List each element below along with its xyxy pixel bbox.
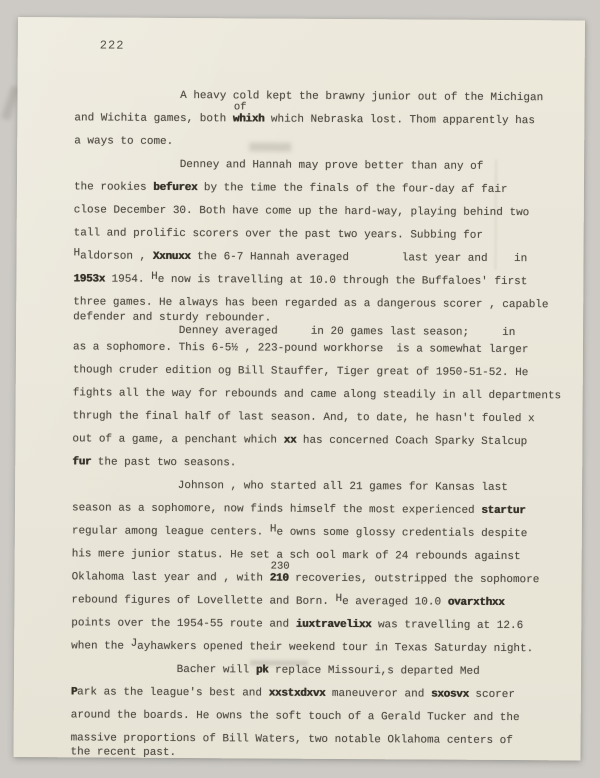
typed-text: ark as the league's best and [77, 686, 269, 699]
overstruck-text: ovarxthxx [448, 597, 505, 609]
typed-text: recoveries, outstripped the sophomore [288, 573, 539, 587]
overstruck-text: befurex [153, 182, 197, 194]
typed-text: e owns some glossy credentials despite [276, 527, 527, 541]
typed-text: around the boards. He owns the soft touc… [71, 709, 520, 724]
typed-text: A heavy cold kept the brawny junior out … [74, 89, 543, 104]
text-body: A heavy cold kept the brawny junior out … [70, 84, 566, 767]
raised-character: H [335, 593, 342, 605]
text-line: A heavy cold kept the brawny junior out … [74, 84, 566, 110]
page-content: 222 A heavy cold kept the brawny junior … [70, 37, 566, 767]
text-line: season as a sophomore, now finds himself… [72, 497, 564, 523]
typed-text: maneuveror and [325, 688, 431, 701]
typed-text: scorer [469, 689, 515, 701]
text-line: fur the past two seasons. [72, 451, 564, 477]
typed-text: as a sophomore. This 6-5½ , 223-pound wo… [73, 341, 529, 356]
text-line: a ways to come. [74, 130, 566, 156]
typed-text: which Nebraska lost. Thom apparently has [264, 114, 535, 128]
typed-text: out of a game, a penchant which [72, 433, 283, 446]
text-line: Oklahoma last year and , with 230210 rec… [72, 566, 564, 592]
overstruck-text: xxstxdxvx [269, 688, 326, 700]
typed-text: aldorson , [80, 250, 153, 262]
typed-text: Johnson , who started all 21 games for K… [72, 479, 508, 494]
typed-text: the 6-7 Hannah averaged last year and in [191, 251, 528, 265]
overstruck-text: pk [256, 664, 269, 676]
overstruck-text: iuxtravelixx [296, 619, 372, 631]
raised-character: H [151, 271, 158, 283]
overstruck-text: sxosvx [431, 689, 469, 701]
raised-character: J [131, 638, 138, 650]
text-line: Park as the league's best and xxstxdxvx … [71, 681, 563, 707]
typed-text: the recent past. [70, 746, 176, 759]
text-line: when the Jayhawkers opened their weekend… [71, 635, 563, 661]
typed-text: by the time the finals of the four-day a… [197, 182, 507, 196]
typed-text: regular among league centers. [72, 525, 270, 538]
typed-text: replace Missouri,s departed Med [268, 665, 479, 678]
scan-background: 222 A heavy cold kept the brawny junior … [0, 0, 600, 778]
typed-text: Bacher will [71, 663, 256, 676]
typed-text: e now is travelling at 10.0 through the … [158, 274, 528, 288]
typed-text: thrugh the final half of last season. An… [73, 410, 535, 425]
typed-text: has concerned Coach Sparky Stalcup [296, 435, 527, 448]
typed-text: when the [71, 640, 130, 652]
typed-text: close December 30. Both have come up the… [74, 204, 530, 219]
text-line: as a sophomore. This 6-5½ , 223-pound wo… [73, 336, 565, 362]
text-line: Denney and Hannah may prove better than … [74, 153, 566, 179]
text-line: fights all the way for rebounds and came… [73, 382, 565, 408]
text-line: around the boards. He owns the soft touc… [71, 704, 563, 730]
text-line: Haldorson , Xxnuxx the 6-7 Hannah averag… [73, 245, 565, 271]
overstruck-text: Xxnuxx [153, 251, 191, 263]
typed-text: the past two seasons. [91, 456, 236, 469]
text-line: out of a game, a penchant which xx has c… [72, 428, 564, 454]
text-line: Bacher will pk replace Missouri,s depart… [71, 658, 563, 684]
text-line: points over the 1954-55 route and iuxtra… [71, 612, 563, 638]
typed-text: and Wichita games, both [74, 112, 233, 125]
typed-text: tall and prolific scorers over the past … [74, 227, 483, 241]
raised-character: H [270, 524, 277, 536]
typed-text: rebound figures of Lovellette and Born. [71, 594, 335, 608]
text-line: Johnson , who started all 21 games for K… [72, 474, 564, 500]
typed-text: Oklahoma last year and , with [72, 571, 270, 584]
text-line: thrugh the final half of last season. An… [72, 405, 564, 431]
typed-text: a ways to come. [74, 135, 173, 148]
text-line: rebound figures of Lovellette and Born. … [71, 589, 563, 615]
typed-text: 1954. [105, 274, 151, 286]
text-line: tall and prolific scorers over the past … [74, 222, 566, 248]
text-line: the rookies befurex by the time the fina… [74, 176, 566, 202]
text-line: regular among league centers. He owns so… [72, 520, 564, 546]
text-line: though cruder edition og Bill Stauffer, … [73, 359, 565, 385]
typed-text: ayhawkers opened their weekend tour in T… [137, 641, 533, 655]
typed-text: season as a sophomore, now finds himself… [72, 502, 481, 516]
text-line: close December 30. Both have come up the… [74, 199, 566, 225]
typed-text: though cruder edition og Bill Stauffer, … [73, 364, 529, 379]
text-line: and Wichita games, both ofwhixh which Ne… [74, 107, 566, 133]
text-line: 1953x 1954. He now is travelling at 10.0… [73, 268, 565, 294]
page-number: 222 [100, 38, 567, 57]
overstruck-text: 1953x [73, 273, 105, 285]
document-page: 222 A heavy cold kept the brawny junior … [13, 17, 585, 760]
typed-text: e averaged 10.0 [342, 596, 448, 609]
typed-text: Denney and Hannah may prove better than … [74, 158, 483, 172]
raised-character: H [74, 247, 81, 259]
overstruck-text: fur [72, 456, 91, 468]
typed-text: the rookies [74, 181, 153, 193]
overstruck-text: startur [481, 505, 525, 517]
typed-text: was travelling at 12.6 [371, 619, 523, 632]
typed-text: his mere junior status. He set a sch ool… [72, 548, 521, 563]
typed-text: points over the 1954-55 route and [71, 617, 296, 630]
text-line: his mere junior status. He set a sch ool… [72, 543, 564, 569]
typed-text: fights all the way for rebounds and came… [73, 387, 562, 402]
overstruck-text: xx [284, 435, 297, 447]
